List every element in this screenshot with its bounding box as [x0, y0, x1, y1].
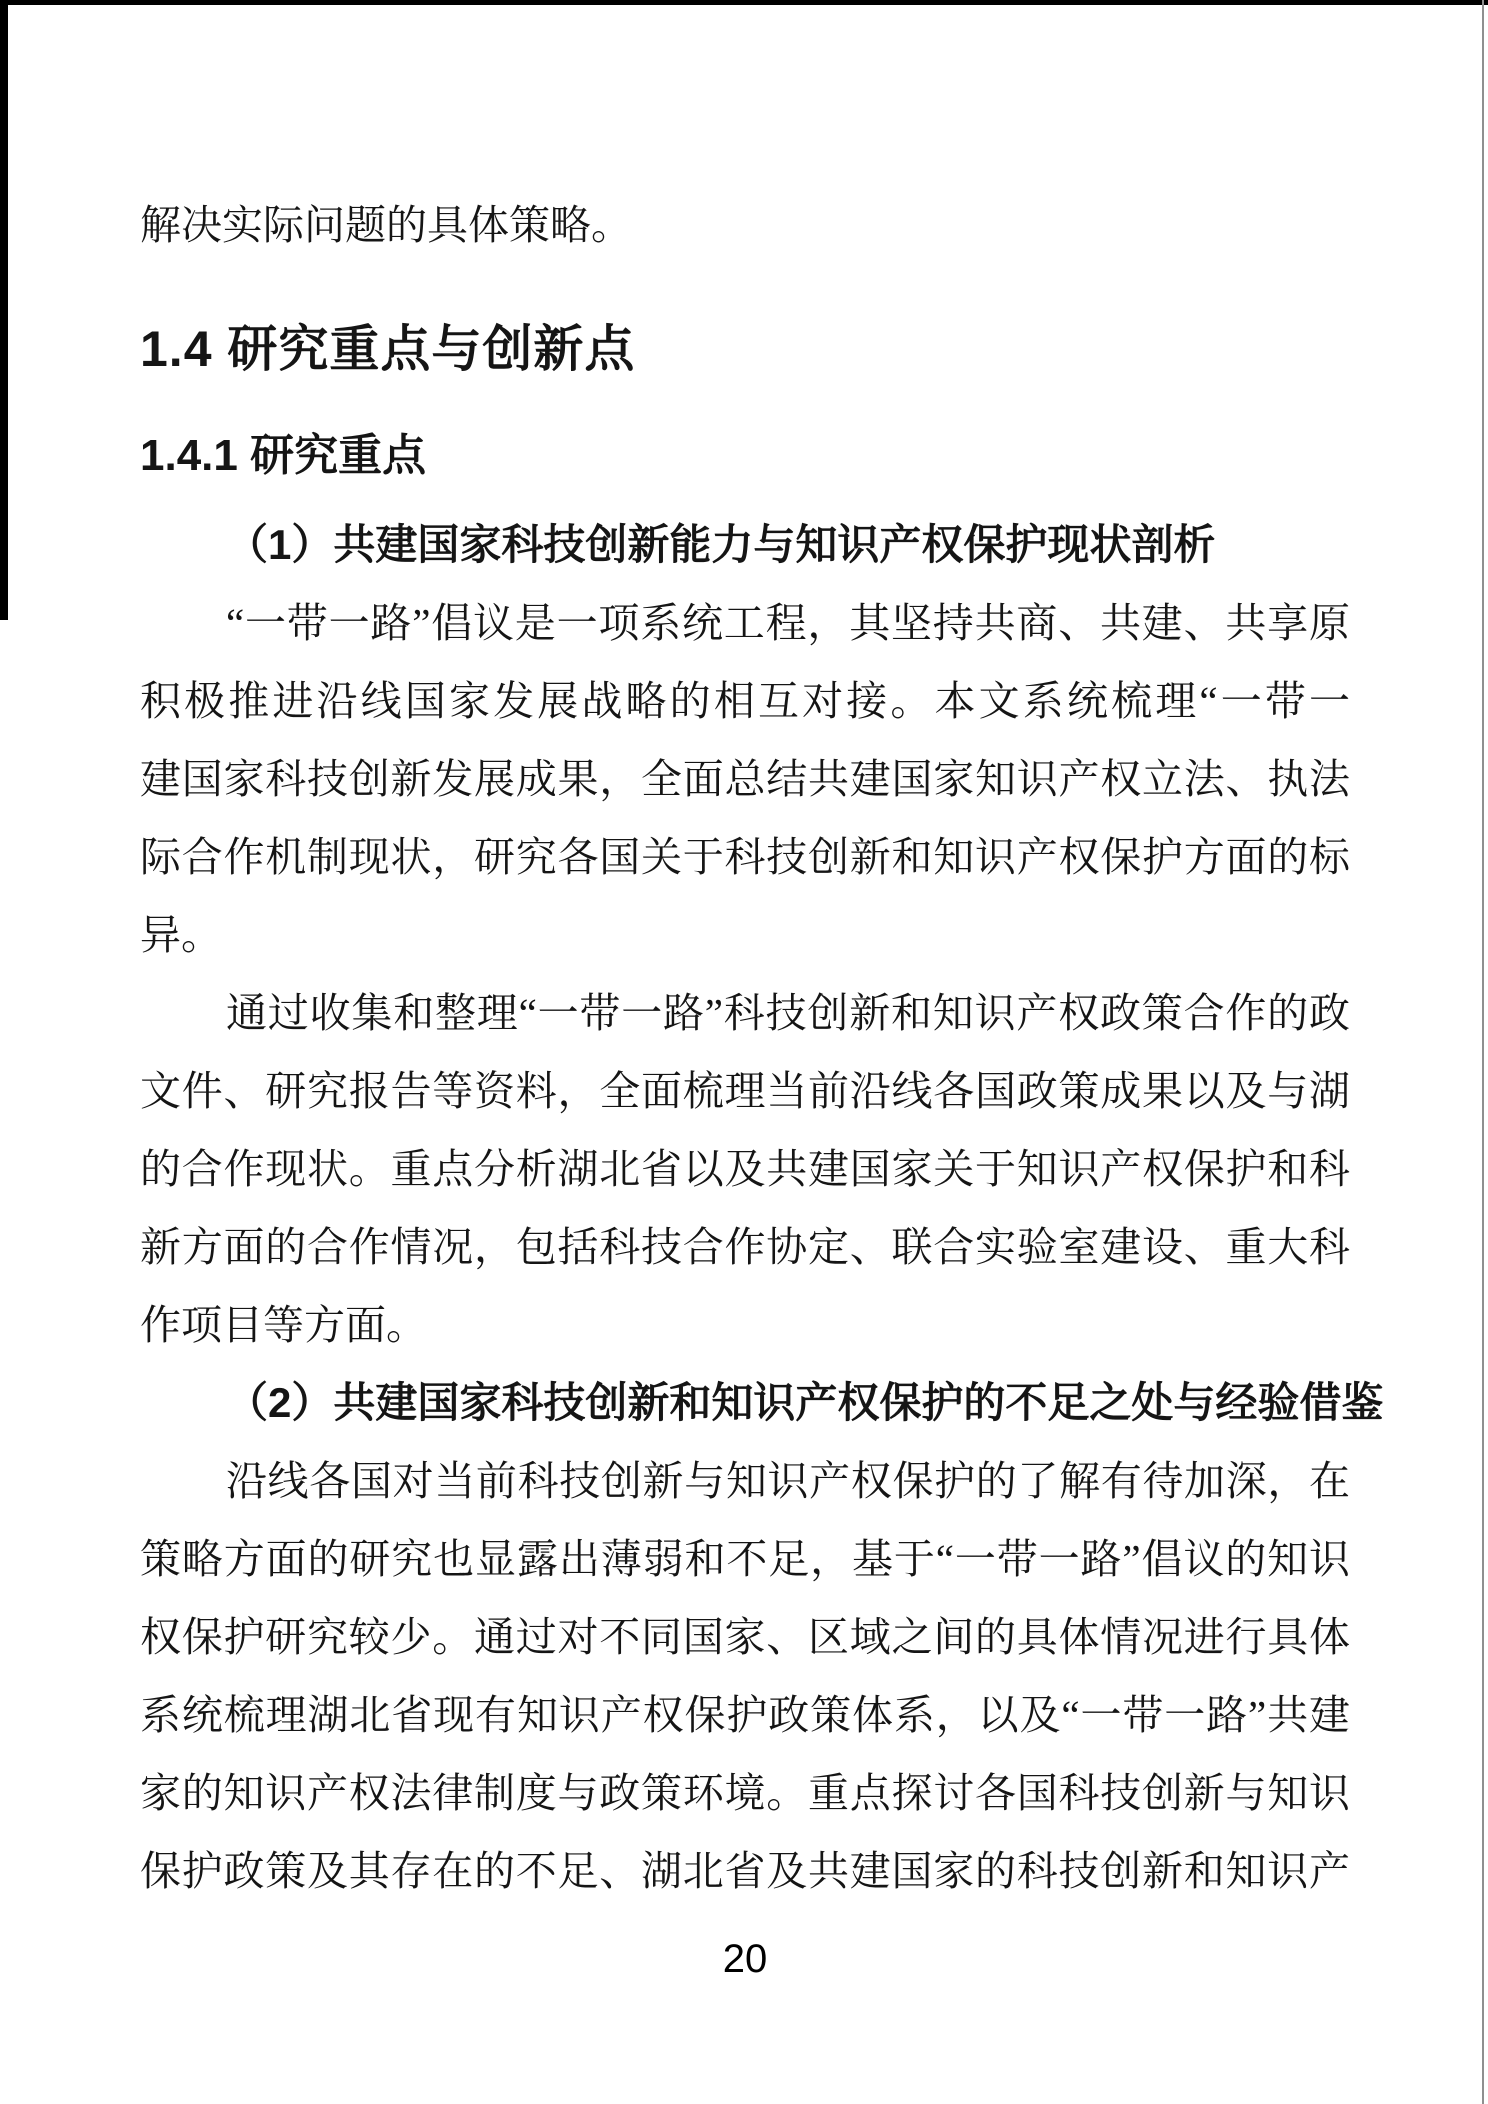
section-heading: 1.4 研究重点与创新点 — [140, 318, 1350, 380]
paragraph-line: “一带一路”倡议是一项系统工程，其坚持共商、共建、共享原则， — [140, 584, 1350, 662]
paragraph-line: 解决实际问题的具体策略。 — [140, 186, 1350, 264]
paragraph-line: 作项目等方面。 — [140, 1286, 1350, 1364]
paragraph-line: 策略方面的研究也显露出薄弱和不足，基于“一带一路”倡议的知识产 — [140, 1520, 1350, 1598]
paragraph-line: 沿线各国对当前科技创新与知识产权保护的了解有待加深，在应对 — [140, 1442, 1350, 1520]
paragraph-line: 权保护研究较少。通过对不同国家、区域之间的具体情况进行具体分析， — [140, 1598, 1350, 1676]
paragraph-line: 通过收集和整理“一带一路”科技创新和知识产权政策合作的政策 — [140, 974, 1350, 1052]
document-page: 解决实际问题的具体策略。 1.4 研究重点与创新点 1.4.1 研究重点 （1）… — [0, 0, 1488, 2104]
paragraph-line: 保护政策及其存在的不足、湖北省及共建国家的科技创新和知识产权主 — [140, 1832, 1350, 1910]
paragraph-line: 异。 — [140, 896, 1350, 974]
paragraph-line: 的合作现状。重点分析湖北省以及共建国家关于知识产权保护和科技创 — [140, 1130, 1350, 1208]
paragraph-line: 家的知识产权法律制度与政策环境。重点探讨各国科技创新与知识产权 — [140, 1754, 1350, 1832]
subsection-heading: 1.4.1 研究重点 — [140, 428, 1350, 484]
item-2-heading: （2）共建国家科技创新和知识产权保护的不足之处与经验借鉴 — [140, 1364, 1350, 1442]
page-number: 20 — [140, 1932, 1350, 1986]
paragraph-line: 际合作机制现状，研究各国关于科技创新和知识产权保护方面的标准差 — [140, 818, 1350, 896]
page-content: 解决实际问题的具体策略。 1.4 研究重点与创新点 1.4.1 研究重点 （1）… — [0, 0, 1488, 1986]
paragraph-line: 文件、研究报告等资料，全面梳理当前沿线各国政策成果以及与湖北省 — [140, 1052, 1350, 1130]
paragraph-line: 系统梳理湖北省现有知识产权保护政策体系，以及“一带一路”共建国 — [140, 1676, 1350, 1754]
item-1-heading: （1）共建国家科技创新能力与知识产权保护现状剖析 — [140, 506, 1350, 584]
paragraph-line: 积极推进沿线国家发展战略的相互对接。本文系统梳理“一带一路”共 — [140, 662, 1350, 740]
paragraph-line: 建国家科技创新发展成果，全面总结共建国家知识产权立法、执法及国 — [140, 740, 1350, 818]
paragraph-line: 新方面的合作情况，包括科技合作协定、联合实验室建设、重大科技合 — [140, 1208, 1350, 1286]
